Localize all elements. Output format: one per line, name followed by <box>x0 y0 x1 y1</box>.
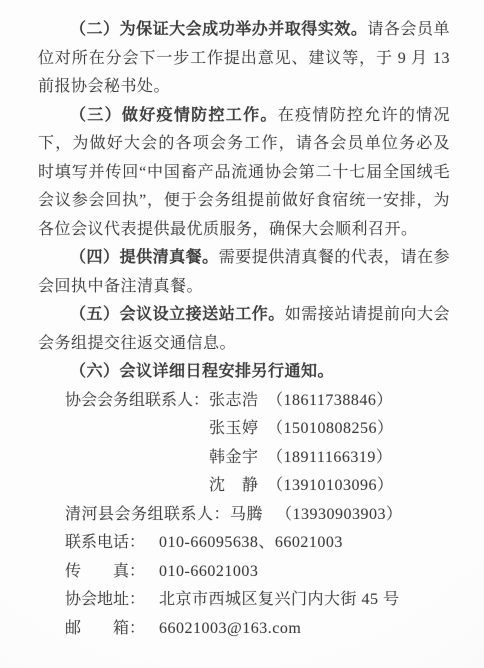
address-label: 协会地址： <box>65 586 145 615</box>
fax-label: 传 真： <box>65 558 145 587</box>
paragraph-3-heading: （三）做好疫情防控工作。 <box>70 107 278 124</box>
contact-name: 沈 静 <box>209 472 267 501</box>
contact-row-association-2: 张玉婷（15010808256） <box>38 415 450 444</box>
paragraph-4-heading: （四）提供清真餐。 <box>70 249 219 266</box>
contact-name: 韩金宇 <box>209 444 267 473</box>
paragraph-5-heading: （五）会议设立接送站工作。 <box>70 306 285 323</box>
email-label: 邮 箱： <box>65 615 145 644</box>
contact-row-county: 清河县会务组联系人：马腾（13930903903） <box>38 501 450 530</box>
contact-row-association-3: 韩金宇（18911166319） <box>38 444 450 473</box>
email-value: 66021003@163.com <box>159 620 301 637</box>
info-row-email: 邮 箱：66021003@163.com <box>38 615 450 644</box>
contact-phone: （15010808256） <box>267 415 394 444</box>
association-contacts-label: 协会会务组联系人： <box>65 387 209 416</box>
contact-phone: （13910103096） <box>267 472 394 501</box>
address-value: 北京市西城区复兴门内大街 45 号 <box>159 591 400 608</box>
info-row-fax: 传 真：010-66021003 <box>38 558 450 587</box>
contact-phone: （13930903903） <box>276 501 403 530</box>
contact-row-association-1: 协会会务组联系人：张志浩（18611738846） <box>38 387 450 416</box>
paragraph-2: （二）为保证大会成功举办并取得实效。请各会员单位对所在分会下一步工作提出意见、建… <box>38 16 450 102</box>
contact-phone: （18911166319） <box>267 444 392 473</box>
county-contacts-label: 清河县会务组联系人： <box>65 506 230 523</box>
contact-name: 马腾 <box>230 501 276 530</box>
paragraph-6: （六）会议详细日程安排另行通知。 <box>38 358 450 387</box>
paragraph-5: （五）会议设立接送站工作。如需接站请提前向大会会务组提交往返交通信息。 <box>38 301 450 358</box>
info-row-phone: 联系电话：010-66095638、66021003 <box>38 529 450 558</box>
paragraph-3-body: 在疫情防控允许的情况下，为做好大会的各项会务工作，请各会员单位务必及时填写并传回… <box>38 107 450 238</box>
phone-label: 联系电话： <box>65 529 145 558</box>
paragraph-3: （三）做好疫情防控工作。在疫情防控允许的情况下，为做好大会的各项会务工作，请各会… <box>38 102 450 245</box>
info-row-address: 协会地址：北京市西城区复兴门内大街 45 号 <box>38 586 450 615</box>
contact-phone: （18611738846） <box>267 387 393 416</box>
contact-row-association-4: 沈 静（13910103096） <box>38 472 450 501</box>
fax-value: 010-66021003 <box>159 563 258 580</box>
contact-name: 张志浩 <box>209 387 267 416</box>
phone-value: 010-66095638、66021003 <box>159 534 343 551</box>
paragraph-6-heading: （六）会议详细日程安排另行通知。 <box>70 363 334 380</box>
paragraph-4: （四）提供清真餐。需要提供清真餐的代表，请在参会回执中备注清真餐。 <box>38 244 450 301</box>
contact-name: 张玉婷 <box>209 415 267 444</box>
document-page: （二）为保证大会成功举办并取得实效。请各会员单位对所在分会下一步工作提出意见、建… <box>0 0 484 668</box>
paragraph-2-heading: （二）为保证大会成功举办并取得实效。 <box>70 21 367 38</box>
